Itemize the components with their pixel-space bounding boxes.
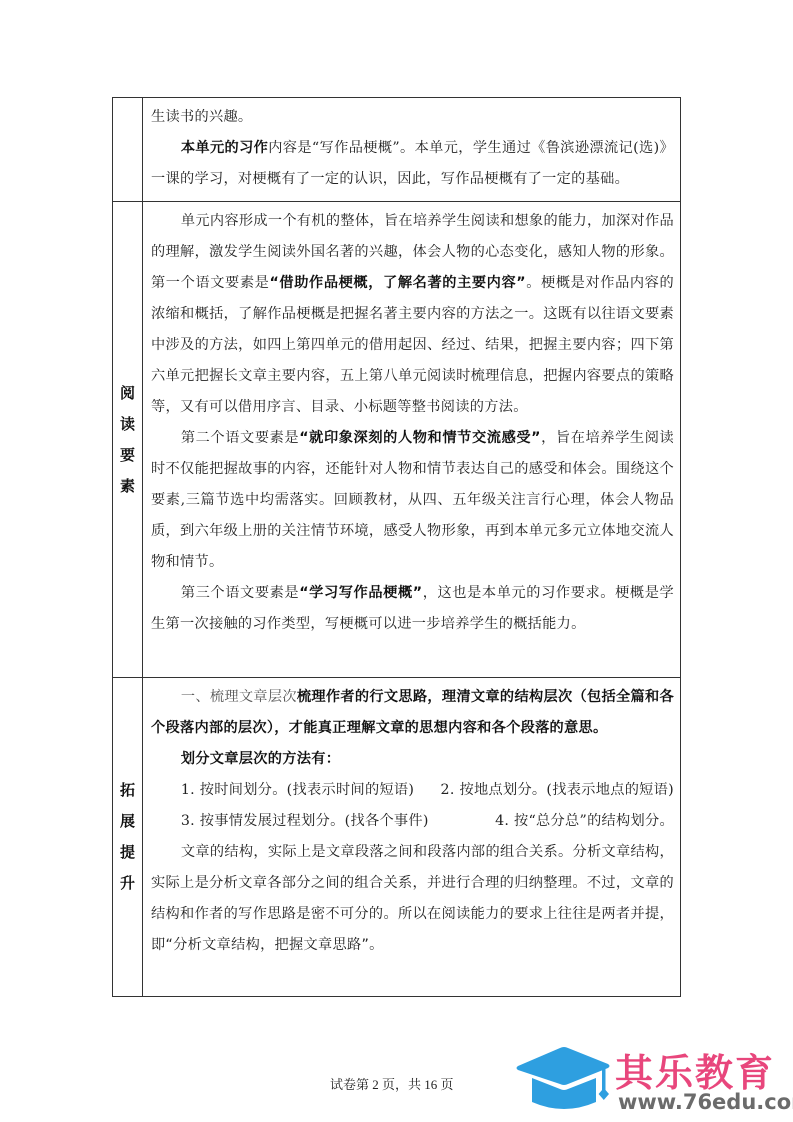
row-reading-elements: 阅 读 要 素 单元内容形成一个有机的整体，旨在培养学生阅读和想象的能力，加深对… [113,202,681,678]
row-content-extension: 一、梳理文章层次梳理作者的行文思路，理清文章的结构层次（包括全篇和各个段落内部的… [143,678,681,997]
section-heading: 一、梳理文章层次 [181,689,297,705]
page-number: 试卷第 2 页，共 16 页 [330,1074,454,1093]
list-row: 1. 按时间划分。(找表示时间的短语)2. 按地点划分。(找表示地点的短语) [151,775,674,806]
list-row: 3. 按事情发展过程划分。(找各个事件)4. 按“总分总”的结构划分。 [151,806,674,837]
text: 第一个语文要素是 [151,275,269,291]
label-char: 素 [120,471,136,502]
label-char: 要 [120,440,136,471]
brand-logo: 其乐教育 www.76edu.com [510,1040,790,1115]
list-item: 2. 按地点划分。(找表示地点的短语) [441,775,674,806]
content-table: 生读书的兴趣。 本单元的习作内容是“写作品梗概”。本单元，学生通过《鲁滨逊漂流记… [112,97,681,997]
text: ，旨在培养学生阅读时不仅能把握故事的内容，还能针对人物和情节表达自己的感受和体会… [151,430,674,570]
paragraph: 单元内容形成一个有机的整体，旨在培养学生阅读和想象的能力，加深对作品的理解，激发… [151,206,674,423]
bold-text: “就印象深刻的人物和情节交流感受” [299,430,541,446]
row-extension: 拓 展 提 升 一、梳理文章层次梳理作者的行文思路，理清文章的结构层次（包括全篇… [113,678,681,997]
row-label-empty [113,98,143,202]
label-char: 提 [120,837,136,868]
label-char: 拓 [120,775,136,806]
row-content-intro: 生读书的兴趣。 本单元的习作内容是“写作品梗概”。本单元，学生通过《鲁滨逊漂流记… [143,98,681,202]
label-char: 读 [120,409,136,440]
paragraph: 文章的结构，实际上是文章段落之间和段落内部的组合关系。分析文章结构，实际上是分析… [151,837,674,961]
row-label-reading-elements: 阅 读 要 素 [113,202,143,678]
brand-title: 其乐教育 [615,1042,775,1097]
row-label-extension: 拓 展 提 升 [113,678,143,997]
list-item: 3. 按事情发展过程划分。(找各个事件) [181,806,429,837]
label-char: 展 [120,806,136,837]
bold-text: 本单元的习作 [181,140,268,156]
label-char: 阅 [120,378,136,409]
paragraph: 一、梳理文章层次梳理作者的行文思路，理清文章的结构层次（包括全篇和各个段落内部的… [151,682,674,744]
text: 单元内容形成一个有机的整体，旨在培养学生阅读和想象的能力，加深对作品的理解，激发… [151,213,674,260]
paragraph: 生读书的兴趣。 [151,102,674,133]
row-intro: 生读书的兴趣。 本单元的习作内容是“写作品梗概”。本单元，学生通过《鲁滨逊漂流记… [113,98,681,202]
brand-url: www.76edu.com [618,1090,793,1114]
bold-text: “学习写作品梗概” [299,585,422,601]
paragraph: 划分文章层次的方法有： [151,744,674,775]
graduation-cap-icon [510,1040,615,1115]
list-item: 1. 按时间划分。(找表示时间的短语) [181,775,414,806]
list-item: 4. 按“总分总”的结构划分。 [495,806,674,837]
text: 第三个语文要素是 [181,585,299,601]
text: 。梗概是对作品内容的浓缩和概括，了解作品梗概是把握名著主要内容的方法之一。这既有… [151,275,674,415]
label-char: 升 [120,868,136,899]
paragraph: 本单元的习作内容是“写作品梗概”。本单元，学生通过《鲁滨逊漂流记(选)》一课的学… [151,133,674,195]
text: 第二个语文要素是 [181,430,299,446]
bold-text: “借助作品梗概，了解名著的主要内容” [269,275,525,291]
row-content-reading-elements: 单元内容形成一个有机的整体，旨在培养学生阅读和想象的能力，加深对作品的理解，激发… [143,202,681,678]
paragraph: 第三个语文要素是“学习写作品梗概”，这也是本单元的习作要求。梗概是学生第一次接触… [151,578,674,640]
paragraph: 第二个语文要素是“就印象深刻的人物和情节交流感受”，旨在培养学生阅读时不仅能把握… [151,423,674,578]
